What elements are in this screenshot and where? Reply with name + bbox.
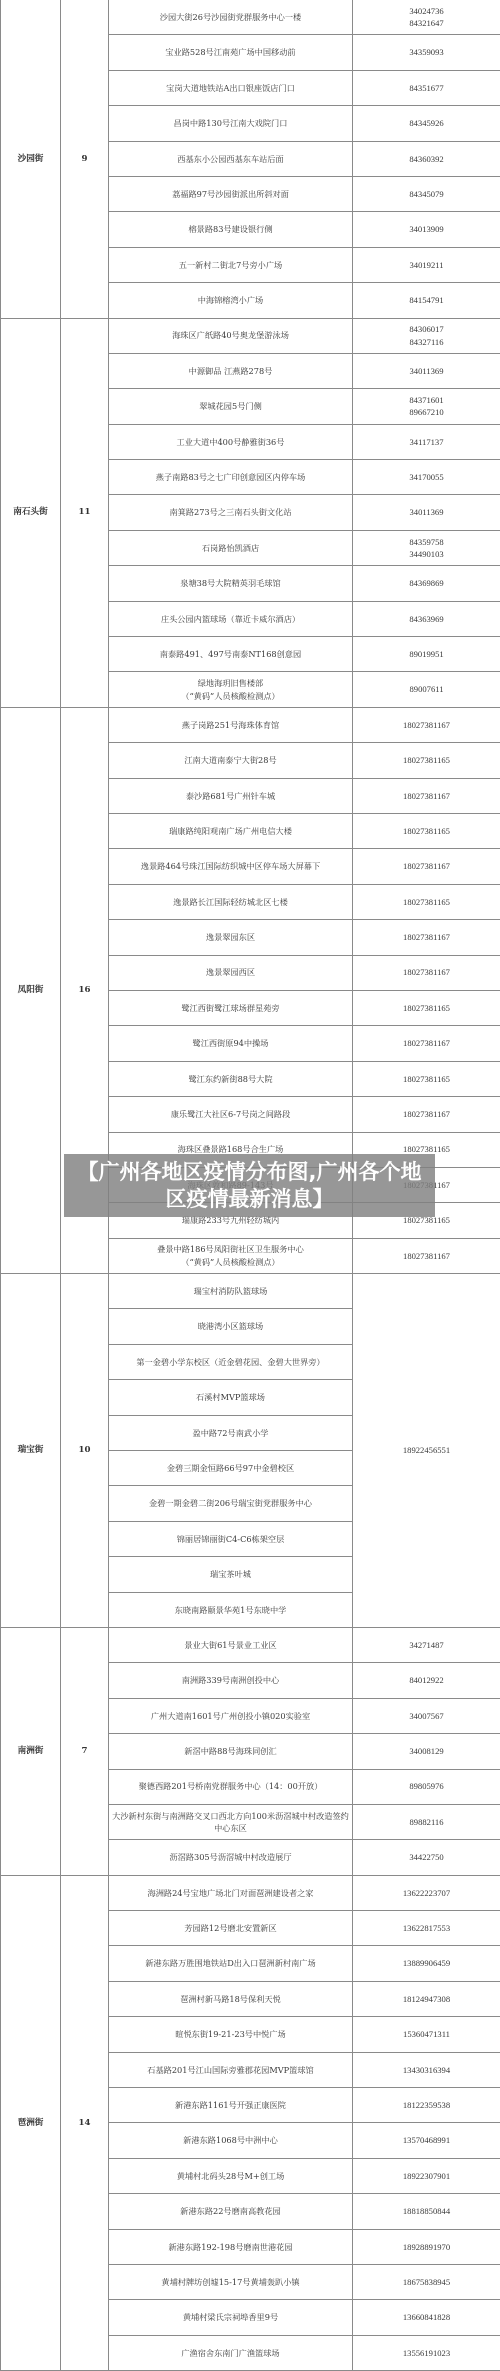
address-cell: 新滘中路88号海珠同创汇 (109, 1734, 353, 1769)
address-cell: 黄埔村牌坊创墟15-17号黄埔轰趴小镇 (109, 2265, 353, 2300)
address-cell: 暄悦东街19-21-23号中悦广场 (109, 2017, 353, 2052)
phone-cell: 84351677 (353, 70, 500, 105)
street-name-cell: 南洲街 (1, 1627, 61, 1875)
article-title: 【广州各地区疫情分布图,广州各个地区疫情最新消息】 (70, 1159, 429, 1213)
address-cell: 黄埔村梁氏宗祠埠香里9号 (109, 2300, 353, 2335)
article-title-banner: 【广州各地区疫情分布图,广州各个地区疫情最新消息】 (64, 1154, 435, 1217)
phone-cell: 89882116 (353, 1804, 500, 1839)
site-count-cell: 9 (61, 0, 109, 318)
phone-cell: 84154791 (353, 283, 500, 318)
address-cell: 晓港湾小区篮球场 (109, 1309, 353, 1344)
phone-cell: 13570468991 (353, 2123, 500, 2158)
address-cell: 芳园路12号磨北安置新区 (109, 1911, 353, 1946)
table-row: 凤阳街16燕子岗路251号海珠体育馆18027381167 (1, 707, 500, 742)
phone-cell: 18818850844 (353, 2194, 500, 2229)
address-cell: 荔福路97号沙园街派出所斜对面 (109, 176, 353, 211)
address-cell: 中海锦榕湾小广场 (109, 283, 353, 318)
address-cell: 新港东路1068号中洲中心 (109, 2123, 353, 2158)
phone-cell: 18027381167 (353, 1026, 500, 1061)
address-cell: 金碧三期金恒路66号97中金碧校区 (109, 1451, 353, 1486)
phone-cell: 34359093 (353, 35, 500, 70)
phone-cell: 18027381167 (353, 707, 500, 742)
address-cell: 庄头公园内篮球场（靠近卡威尔酒店） (109, 601, 353, 636)
address-cell: 鹭江西街原94中操场 (109, 1026, 353, 1061)
street-name-cell: 南石头街 (1, 318, 61, 707)
table-row: 琶洲街14海洲路24号宝地广场北门对面琶洲建设者之家13622223707 (1, 1875, 500, 1910)
address-cell: 石溪村MVP篮球场 (109, 1380, 353, 1415)
phone-cell: 18922456551 (353, 1274, 500, 1628)
phone-cell: 34170055 (353, 460, 500, 495)
phone-cell: 84360392 (353, 141, 500, 176)
address-cell: 绿地海玥旧售楼部 （“黄码”人员核酸检测点） (109, 672, 353, 707)
phone-cell: 34011369 (353, 495, 500, 530)
phone-cell: 34013909 (353, 212, 500, 247)
address-cell: 沙园大街26号沙园街党群服务中心一楼 (109, 0, 353, 35)
address-cell: 江南大道南泰宁大街28号 (109, 743, 353, 778)
address-cell: 盈中路72号南武小学 (109, 1415, 353, 1450)
street-name-cell: 沙园街 (1, 0, 61, 318)
table-row: 南石头街11海珠区广纸路40号奥龙堡游泳场84306017 84327116 (1, 318, 500, 353)
address-cell: 石岗路怡凯酒店 (109, 530, 353, 565)
phone-cell: 18027381167 (353, 1097, 500, 1132)
phone-cell: 18928891970 (353, 2229, 500, 2264)
address-cell: 鹭江东约新街88号大院 (109, 1061, 353, 1096)
address-cell: 南箕路273号之三南石头街文化站 (109, 495, 353, 530)
phone-cell: 84371601 89667210 (353, 389, 500, 424)
address-cell: 鹭江西街鹭江球场群星苑旁 (109, 990, 353, 1025)
phone-cell: 15360471311 (353, 2017, 500, 2052)
address-cell: 瑞宝村消防队篮球场 (109, 1274, 353, 1309)
table-row: 沙园街9沙园大街26号沙园街党群服务中心一楼34024736 84321647 (1, 0, 500, 35)
address-cell: 琶洲村新马路18号保利天悦 (109, 1981, 353, 2016)
address-cell: 泰沙路681号广州针车城 (109, 778, 353, 813)
phone-cell: 89007611 (353, 672, 500, 707)
address-cell: 广渔宿舍东南门广渔篮球场 (109, 2335, 353, 2370)
site-count-cell: 7 (61, 1627, 109, 1875)
phone-cell: 18027381165 (353, 813, 500, 848)
phone-cell: 18124947308 (353, 1981, 500, 2016)
address-cell: 海珠区广纸路40号奥龙堡游泳场 (109, 318, 353, 353)
phone-cell: 84345079 (353, 176, 500, 211)
address-cell: 沥滘路305号沥滘城中村改造展厅 (109, 1840, 353, 1875)
address-cell: 西基东小公园西基东车站后面 (109, 141, 353, 176)
address-cell: 五一新村二街北7号旁小广场 (109, 247, 353, 282)
street-name-cell: 琶洲街 (1, 1875, 61, 2370)
site-count-cell: 10 (61, 1274, 109, 1628)
address-cell: 新港东路万胜围地铁站D出入口琶洲新村南广场 (109, 1946, 353, 1981)
phone-cell: 18027381167 (353, 778, 500, 813)
address-cell: 昌岗中路130号江南大戏院门口 (109, 106, 353, 141)
street-name-cell: 凤阳街 (1, 707, 61, 1273)
phone-cell: 18122359538 (353, 2088, 500, 2123)
site-count-cell: 11 (61, 318, 109, 707)
address-cell: 南洲路339号南洲创投中心 (109, 1663, 353, 1698)
address-cell: 逸景翠园东区 (109, 920, 353, 955)
address-cell: 燕子南路83号之七广印创意园区内停车场 (109, 460, 353, 495)
phone-cell: 18027381167 (353, 1238, 500, 1273)
phone-cell: 34117137 (353, 424, 500, 459)
address-cell: 逸景路464号珠江国际纺织城中区停车场大屏幕下 (109, 849, 353, 884)
phone-cell: 18027381167 (353, 920, 500, 955)
address-cell: 第一金碧小学东校区（近金碧花园、金碧大世界旁） (109, 1344, 353, 1379)
phone-cell: 13622817553 (353, 1911, 500, 1946)
address-cell: 瑞康路纯阳观南广场广州电信大楼 (109, 813, 353, 848)
address-cell: 东晓南路颐景华苑1号东晓中学 (109, 1592, 353, 1627)
address-cell: 工业大道中400号静雅街36号 (109, 424, 353, 459)
phone-cell: 84306017 84327116 (353, 318, 500, 353)
phone-cell: 84012922 (353, 1663, 500, 1698)
address-cell: 石基路201号江山国际旁雅郡花园MVP篮球馆 (109, 2052, 353, 2087)
address-cell: 金碧一期金碧二街206号瑞宝街党群服务中心 (109, 1486, 353, 1521)
phone-cell: 18027381165 (353, 743, 500, 778)
phone-cell: 34271487 (353, 1627, 500, 1662)
address-cell: 大沙新村东街与南洲路交叉口西北方向100米沥滘城中村改造签约中心东区 (109, 1804, 353, 1839)
phone-cell: 84345926 (353, 106, 500, 141)
phone-cell: 18675838945 (353, 2265, 500, 2300)
phone-cell: 18027381165 (353, 990, 500, 1025)
address-cell: 燕子岗路251号海珠体育馆 (109, 707, 353, 742)
address-cell: 锦丽居锦丽街C4-C6栋架空层 (109, 1521, 353, 1556)
address-cell: 聚德西路201号桥南党群服务中心（14：00开放） (109, 1769, 353, 1804)
table-row: 瑞宝街10瑞宝村消防队篮球场18922456551 (1, 1274, 500, 1309)
phone-cell: 89805976 (353, 1769, 500, 1804)
address-cell: 泉塘38号大院精英羽毛球馆 (109, 566, 353, 601)
phone-cell: 18027381165 (353, 1061, 500, 1096)
phone-cell: 34011369 (353, 353, 500, 388)
phone-cell: 13660841828 (353, 2300, 500, 2335)
phone-cell: 13889906459 (353, 1946, 500, 1981)
address-cell: 宝业路528号江南苑广场中国移动前 (109, 35, 353, 70)
phone-cell: 34422750 (353, 1840, 500, 1875)
address-cell: 瑞宝茶叶城 (109, 1557, 353, 1592)
address-cell: 中源御品 江燕路278号 (109, 353, 353, 388)
phone-cell: 34007567 (353, 1698, 500, 1733)
street-name-cell: 瑞宝街 (1, 1274, 61, 1628)
phone-cell: 18027381167 (353, 955, 500, 990)
phone-cell: 18027381165 (353, 884, 500, 919)
phone-cell: 13622223707 (353, 1875, 500, 1910)
table-row: 南洲街7景业大街61号景业工业区34271487 (1, 1627, 500, 1662)
address-cell: 逸景路长江国际轻纺城北区七楼 (109, 884, 353, 919)
address-cell: 叠景中路186号凤阳街社区卫生服务中心 （“黄码”人员核酸检测点） (109, 1238, 353, 1273)
phone-cell: 13556191023 (353, 2335, 500, 2370)
phone-cell: 18922307901 (353, 2158, 500, 2193)
phone-cell: 84359758 34490103 (353, 530, 500, 565)
address-cell: 新港东路192-198号磨南世港花园 (109, 2229, 353, 2264)
phone-cell: 84369869 (353, 566, 500, 601)
address-cell: 新港东路1161号开强正康医院 (109, 2088, 353, 2123)
phone-cell: 18027381167 (353, 849, 500, 884)
phone-cell: 34019211 (353, 247, 500, 282)
address-cell: 康乐鹭江大社区6-7号岗之间路段 (109, 1097, 353, 1132)
phone-cell: 34024736 84321647 (353, 0, 500, 35)
address-cell: 翠城花园5号门侧 (109, 389, 353, 424)
address-cell: 逸景翠园西区 (109, 955, 353, 990)
address-cell: 南泰路491、497号南泰NT168创意园 (109, 637, 353, 672)
phone-cell: 34008129 (353, 1734, 500, 1769)
address-cell: 榕景路83号建设银行侧 (109, 212, 353, 247)
address-cell: 黄埔村北码头28号M+创工场 (109, 2158, 353, 2193)
site-count-cell: 14 (61, 1875, 109, 2370)
address-cell: 新港东路22号磨南高教花园 (109, 2194, 353, 2229)
address-cell: 海洲路24号宝地广场北门对面琶洲建设者之家 (109, 1875, 353, 1910)
address-cell: 宝岗大道地铁站A出口银座饭店门口 (109, 70, 353, 105)
address-cell: 广州大道南1601号广州创投小镇020实验室 (109, 1698, 353, 1733)
address-cell: 景业大街61号景业工业区 (109, 1627, 353, 1662)
phone-cell: 13430316394 (353, 2052, 500, 2087)
phone-cell: 89019951 (353, 637, 500, 672)
phone-cell: 84363969 (353, 601, 500, 636)
